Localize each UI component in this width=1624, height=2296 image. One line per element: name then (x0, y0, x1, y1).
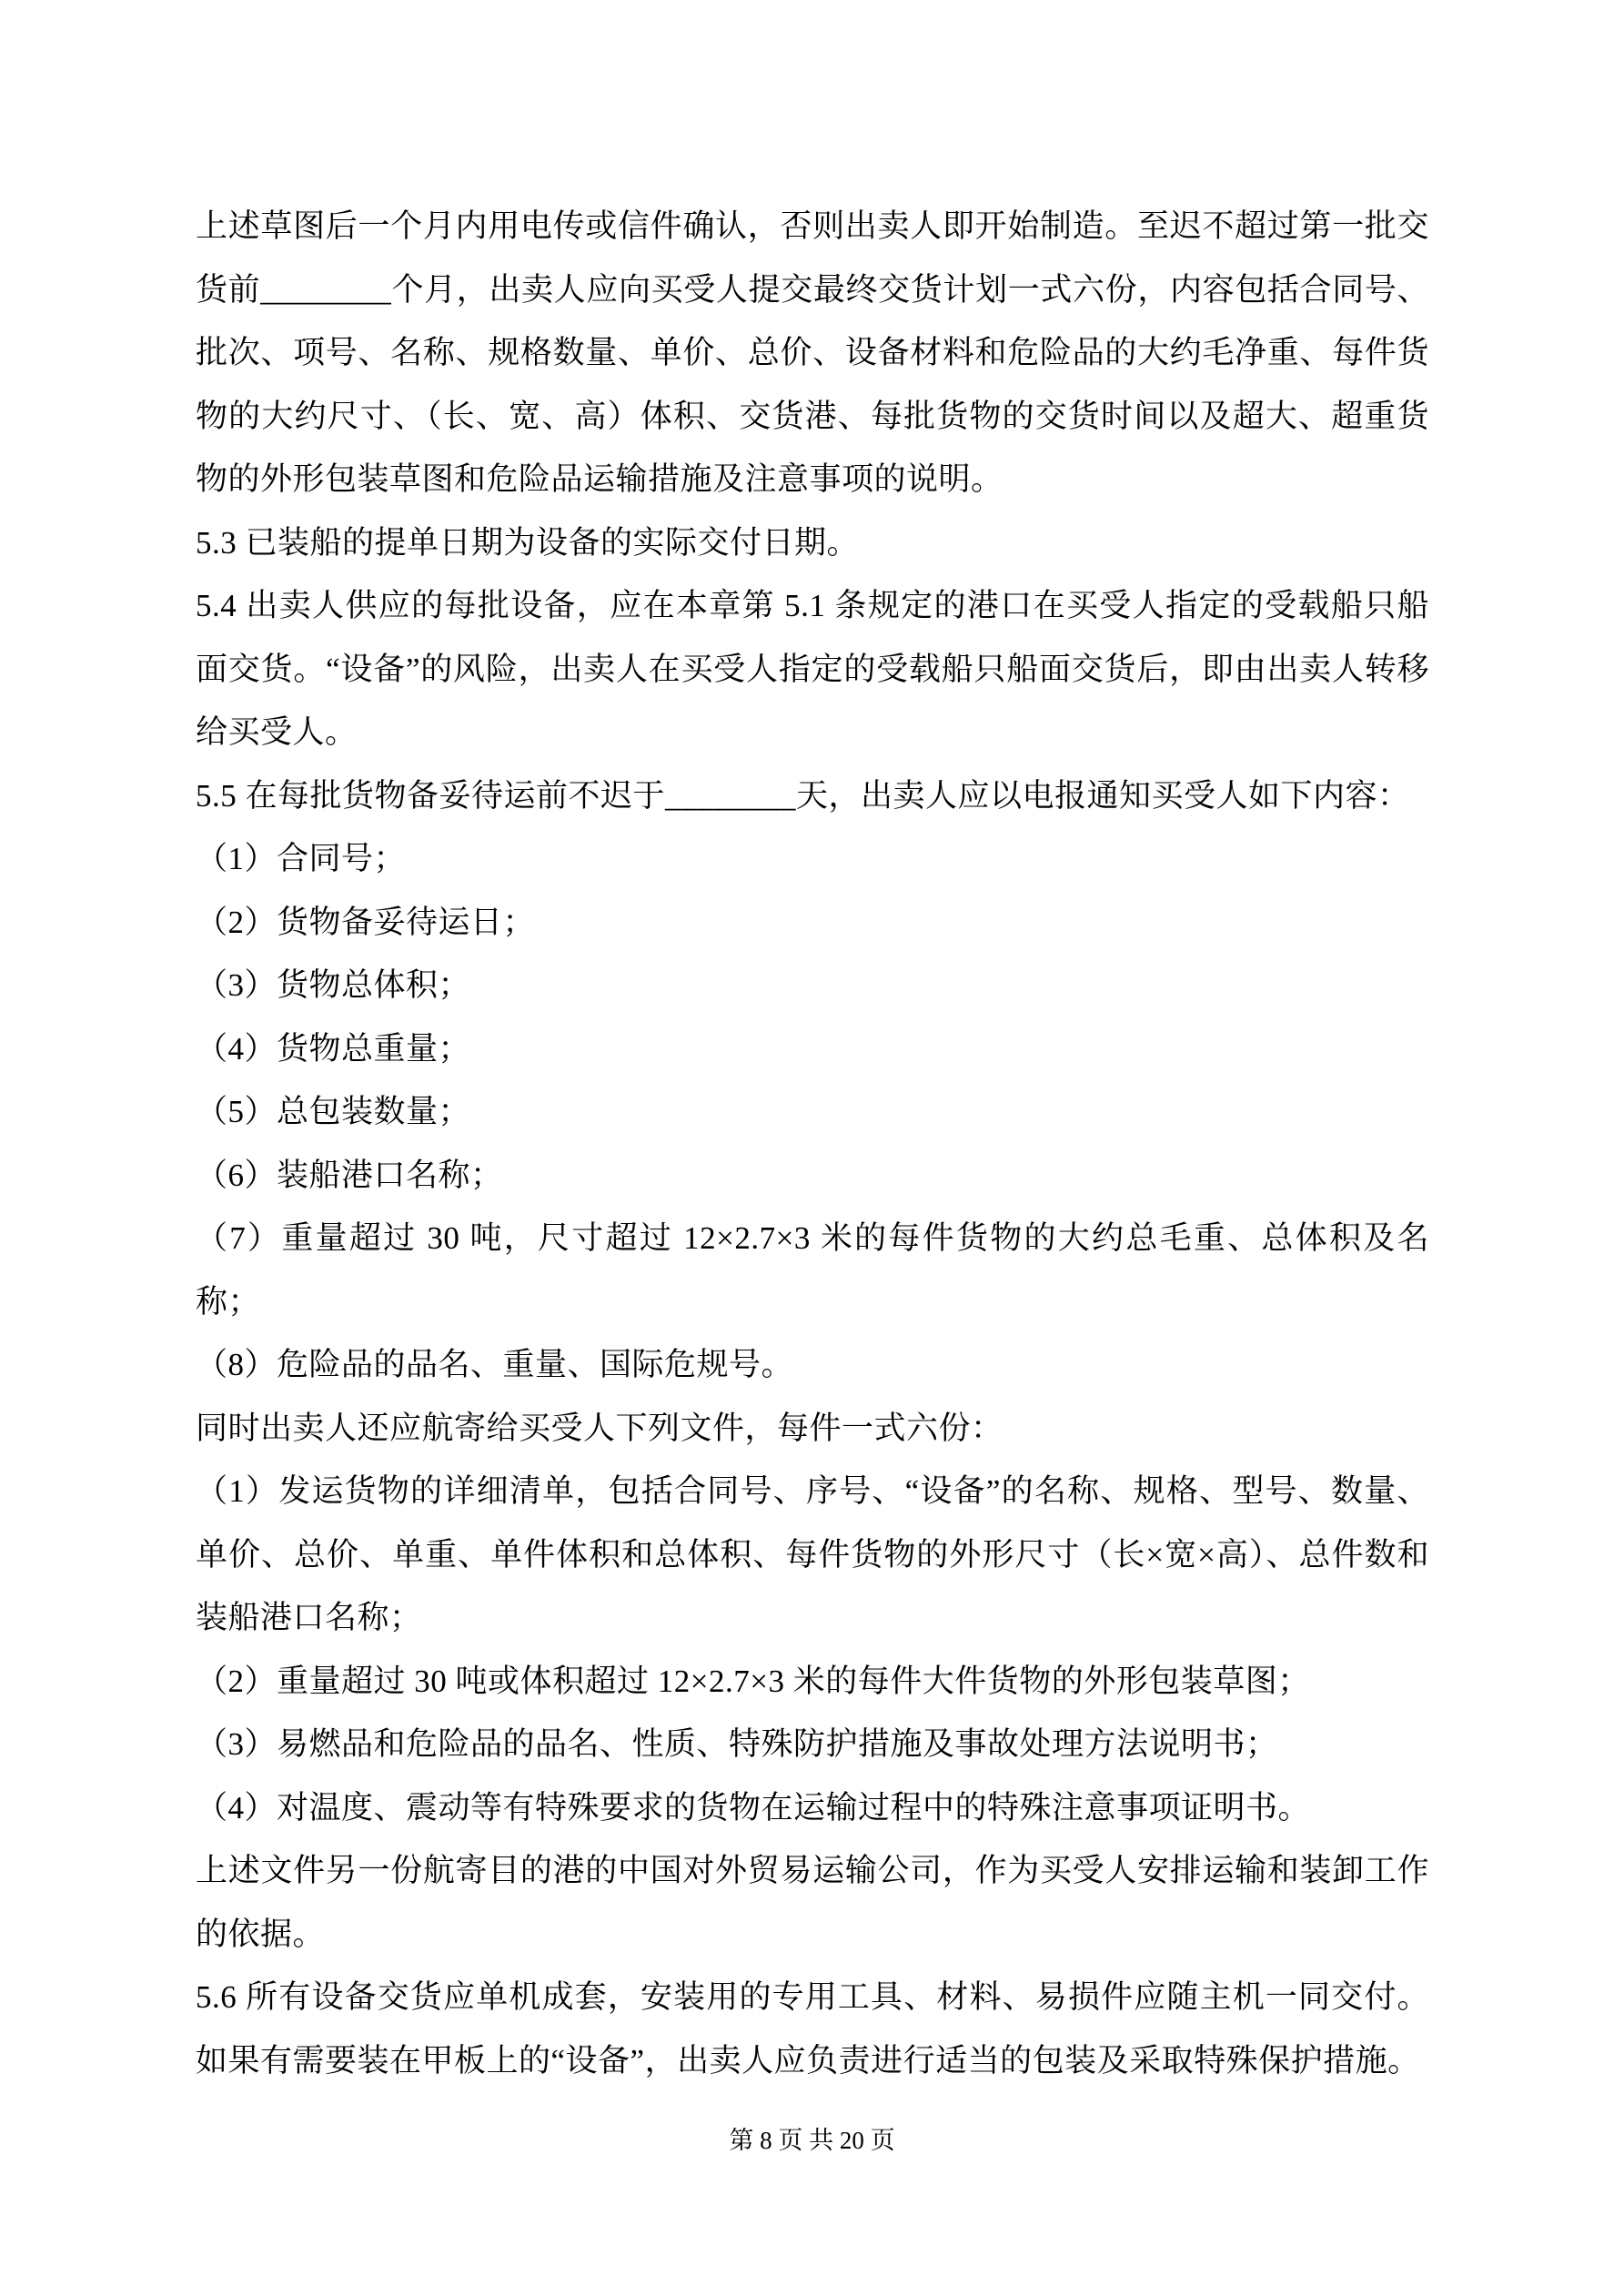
document-body: 上述草图后一个月内用电传或信件确认，否则出卖人即开始制造。至迟不超过第一批交货前… (196, 195, 1429, 2092)
clause-5-5-item-8: （8）危险品的品名、重量、国际危规号。 (196, 1333, 1429, 1397)
clause-5-5-item-2: （2）货物备妥待运日； (196, 891, 1429, 955)
clause-5-5-item-5: （5）总包装数量； (196, 1080, 1429, 1144)
page-number-footer: 第 8 页 共 20 页 (0, 2126, 1624, 2155)
clause-5-5-doc-item-3: （3）易燃品和危险品的品名、性质、特殊防护措施及事故处理方法说明书； (196, 1713, 1429, 1776)
clause-5-5-item-4: （4）货物总重量； (196, 1017, 1429, 1081)
clause-5-5-doc-item-4: （4）对温度、震动等有特殊要求的货物在运输过程中的特殊注意事项证明书。 (196, 1776, 1429, 1840)
clause-5-5-documents-note: 上述文件另一份航寄目的港的中国对外贸易运输公司，作为买受人安排运输和装卸工作的依… (196, 1839, 1429, 1966)
clause-5-5-documents-intro: 同时出卖人还应航寄给买受人下列文件，每件一式六份： (196, 1397, 1429, 1461)
clause-5-4: 5.4 出卖人供应的每批设备，应在本章第 5.1 条规定的港口在买受人指定的受载… (196, 574, 1429, 764)
clause-5-5-doc-item-2: （2）重量超过 30 吨或体积超过 12×2.7×3 米的每件大件货物的外形包装… (196, 1650, 1429, 1714)
clause-5-6: 5.6 所有设备交货应单机成套，安装用的专用工具、材料、易损件应随主机一同交付。… (196, 1966, 1429, 2092)
clause-5-5-item-6: （6）装船港口名称； (196, 1144, 1429, 1208)
clause-5-5: 5.5 在每批货物备妥待运前不迟于________天，出卖人应以电报通知买受人如… (196, 764, 1429, 828)
document-page: 上述草图后一个月内用电传或信件确认，否则出卖人即开始制造。至迟不超过第一批交货前… (0, 0, 1624, 2296)
clause-5-2-continuation: 上述草图后一个月内用电传或信件确认，否则出卖人即开始制造。至迟不超过第一批交货前… (196, 195, 1429, 511)
clause-5-5-item-1: （1）合同号； (196, 827, 1429, 891)
clause-5-5-doc-item-1: （1）发运货物的详细清单，包括合同号、序号、“设备”的名称、规格、型号、数量、单… (196, 1460, 1429, 1650)
clause-5-5-item-3: （3）货物总体积； (196, 954, 1429, 1017)
clause-5-3: 5.3 已装船的提单日期为设备的实际交付日期。 (196, 511, 1429, 575)
clause-5-5-item-7: （7）重量超过 30 吨，尺寸超过 12×2.7×3 米的每件货物的大约总毛重、… (196, 1207, 1429, 1333)
